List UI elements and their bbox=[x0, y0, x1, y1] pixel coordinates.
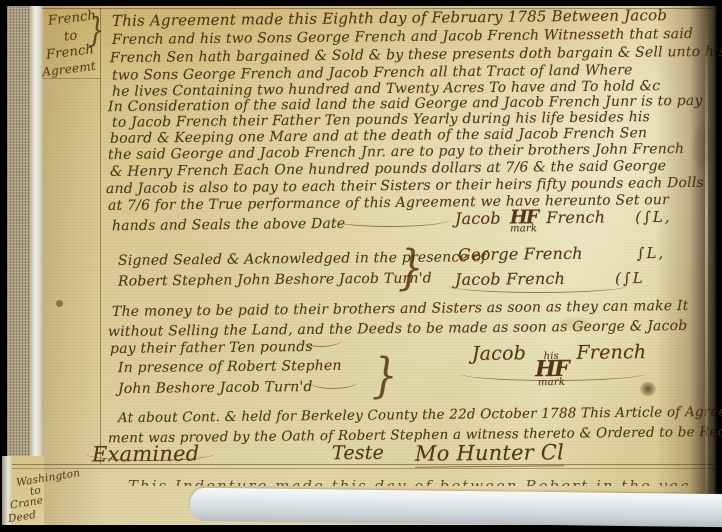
witness-line: Robert Stephen John Beshore Jacob Turn'd bbox=[118, 271, 432, 288]
stain bbox=[694, 125, 712, 169]
ink-blot bbox=[640, 382, 656, 396]
presence-line: John Beshore Jacob Turn'd bbox=[118, 380, 313, 396]
witness-brace: } bbox=[398, 244, 423, 292]
teste-label: Teste bbox=[332, 444, 384, 464]
addendum-line: pay their father Ten pounds bbox=[110, 340, 313, 356]
presence-line: In presence of Robert Stephen bbox=[118, 359, 342, 375]
signature-text: French bbox=[546, 210, 605, 227]
his-mark: his HF mark bbox=[535, 353, 568, 387]
signature-jacob-french-sr: Jacob HF mark French (∫L, bbox=[455, 209, 672, 234]
next-entry-clipped-line: This Indenture made this day of between … bbox=[128, 477, 688, 486]
stain bbox=[560, 318, 590, 330]
his-mark: HF mark bbox=[510, 210, 538, 233]
signature-text: Jacob bbox=[472, 344, 526, 364]
agreement-line: hands and Seals the above Date bbox=[112, 217, 345, 233]
margin-note-top-line2: to bbox=[63, 29, 78, 44]
fleck bbox=[56, 300, 63, 307]
margin-brace: } bbox=[88, 14, 105, 48]
witness-line: Signed Sealed & Acknowledged in the pres… bbox=[118, 250, 487, 268]
presence-brace: } bbox=[372, 352, 397, 400]
clipped-text: This Indenture made this day of between … bbox=[128, 477, 688, 486]
margin-rule bbox=[100, 8, 101, 464]
white-paper-strip bbox=[190, 488, 722, 528]
signature-text: French bbox=[576, 343, 646, 363]
seal-mark: ∫L, bbox=[637, 246, 666, 261]
seal-mark: (∫L, bbox=[635, 210, 672, 225]
signature-george-french: George French ∫L, bbox=[458, 245, 665, 263]
photo-of-manuscript: { "photo": { "border_color": "#000000", … bbox=[0, 0, 722, 532]
page-edge-strip bbox=[30, 6, 44, 525]
signature-text: Jacob bbox=[455, 211, 501, 227]
clerk-signature: Mo Hunter Cl bbox=[415, 442, 564, 468]
mark-label: mark bbox=[510, 225, 537, 233]
entry-divider-rule-2 bbox=[12, 468, 716, 469]
